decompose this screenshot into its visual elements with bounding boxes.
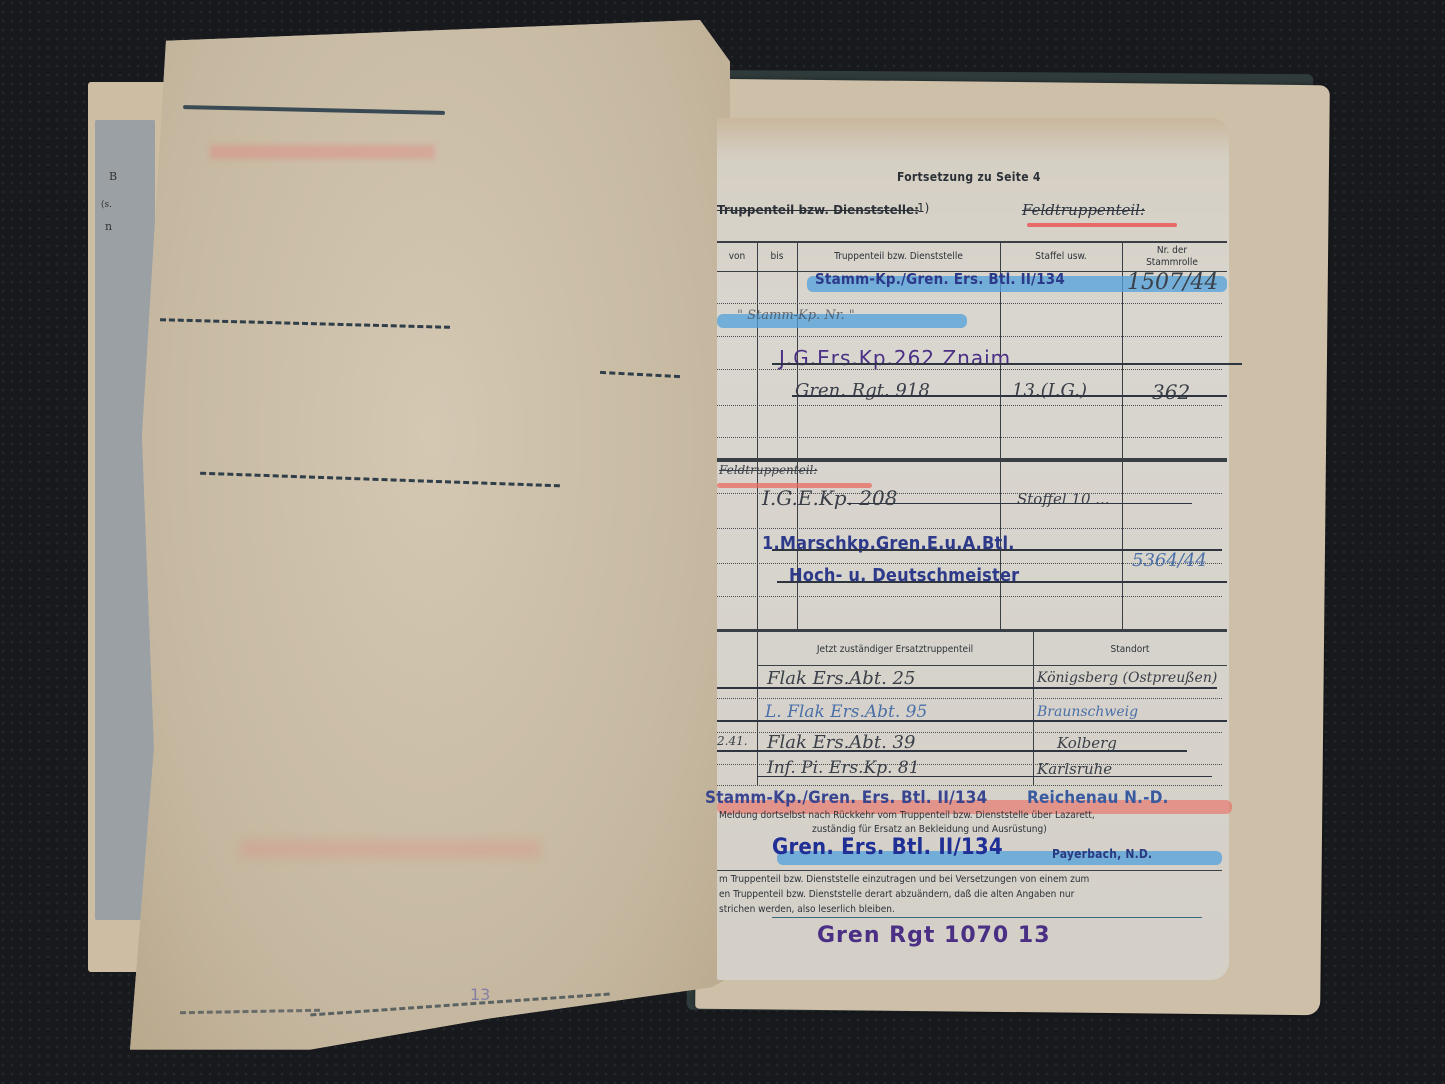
standort: Braunschweig <box>1037 704 1138 720</box>
handwritten-entry: I.G.E.Kp. 208 <box>762 486 897 510</box>
column-divider <box>1122 241 1123 629</box>
column-header-stammrolle: Nr. der Stammrolle <box>1132 245 1212 269</box>
pencil-scribble-line <box>772 917 1202 918</box>
column-header-ersatztruppenteil: Jetzt zuständiger Ersatztruppenteil <box>757 644 1033 656</box>
faded-stamp-number: 13 <box>470 985 490 1004</box>
page-title: Fortsetzung zu Seite 4 <box>897 170 1041 184</box>
row-rule <box>717 698 1222 699</box>
ersatz-unit-stamp: Stamm-Kp./Gren. Ers. Btl. II/134 <box>705 788 987 808</box>
red-pencil-smudge <box>210 145 435 159</box>
handwritten-entry: Feldtruppenteil: <box>719 463 817 477</box>
ersatz-unit: Inf. Pi. Ers.Kp. 81 <box>767 758 920 778</box>
instruction-text: zuständig für Ersatz an Bekleidung und A… <box>812 824 1047 835</box>
footnote-text: m Truppenteil bzw. Dienststelle einzutra… <box>719 874 1089 885</box>
standort-stamp: Payerbach, N.D. <box>1052 847 1152 861</box>
strike-through <box>717 720 1227 722</box>
handwritten-staffel: 13.(I.G.) <box>1012 380 1087 401</box>
handwritten-staffel: Stoffel 10 ... <box>1017 490 1110 508</box>
table-rule <box>717 241 1227 243</box>
row-rule <box>717 437 1222 438</box>
strike-through <box>717 750 1187 752</box>
instruction-text: Meldung dortselbst nach Rückkehr vom Tru… <box>719 810 1095 821</box>
table-rule <box>757 665 1227 666</box>
date-fragment: 2.41. <box>717 734 748 748</box>
footnote-marker: 1) <box>917 201 929 215</box>
edge-fragment: n <box>105 220 112 233</box>
red-pencil-smudge <box>240 840 540 858</box>
handwritten-entry: " Stamm-Kp. Nr. " <box>737 308 855 323</box>
row-rule <box>717 785 1222 786</box>
handwritten-stammrolle: 362 <box>1152 380 1190 404</box>
strike-through <box>792 395 1227 397</box>
table-rule <box>717 870 1222 871</box>
handwritten-heading: Feldtruppenteil: <box>1022 201 1145 219</box>
column-header-bis: bis <box>757 251 797 263</box>
standort-stamp: Reichenau N.-D. <box>1027 788 1169 808</box>
edge-fragment: (s. <box>101 200 112 210</box>
footnote-text: strichen werden, also leserlich bleiben. <box>719 904 895 915</box>
handwritten-entry: Gren. Rgt. 918 <box>795 380 930 401</box>
column-header-standort: Standort <box>1033 644 1227 656</box>
strike-through <box>847 503 1192 504</box>
column-header-staffel: Staffel usw. <box>1000 251 1122 263</box>
row-rule <box>717 528 1222 529</box>
edge-fragment: B <box>109 170 117 183</box>
strike-through <box>777 581 1227 583</box>
unit-stamp: Gren. Ers. Btl. II/134 <box>772 835 1003 860</box>
row-rule <box>717 303 1222 304</box>
red-underline <box>1027 223 1177 227</box>
row-rule <box>717 336 1222 337</box>
row-rule <box>717 596 1222 597</box>
heading-label: Truppenteil bzw. Dienststelle: <box>717 203 919 217</box>
right-page: Fortsetzung zu Seite 4 Truppenteil bzw. … <box>717 118 1229 980</box>
table-rule <box>717 630 1227 632</box>
stammrolle-number: 1507/44 <box>1127 270 1218 295</box>
strike-through <box>757 776 1212 777</box>
left-page <box>130 20 730 1060</box>
section-strike <box>717 458 1227 462</box>
row-rule <box>717 405 1222 406</box>
unit-stamp: J.G.Ers.Kp.262 Znaim <box>779 346 1011 370</box>
column-divider <box>757 241 758 629</box>
ersatz-unit: L. Flak Ers.Abt. 95 <box>765 702 927 722</box>
ersatz-unit: Flak Ers.Abt. 25 <box>767 668 915 689</box>
strike-through <box>772 363 1242 365</box>
strike-through <box>717 687 1217 689</box>
regiment-stamp: Gren Rgt 1070 13 <box>817 923 1051 948</box>
stammrolle-number: 5364/44 <box>1132 550 1207 571</box>
column-header-unit: Truppenteil bzw. Dienststelle <box>797 251 1000 263</box>
standort: Königsberg (Ostpreußen) <box>1037 670 1217 686</box>
footnote-text: en Truppenteil bzw. Dienststelle derart … <box>719 889 1074 900</box>
column-header-von: von <box>717 251 757 263</box>
unit-stamp: Stamm-Kp./Gren. Ers. Btl. II/134 <box>815 270 1065 288</box>
